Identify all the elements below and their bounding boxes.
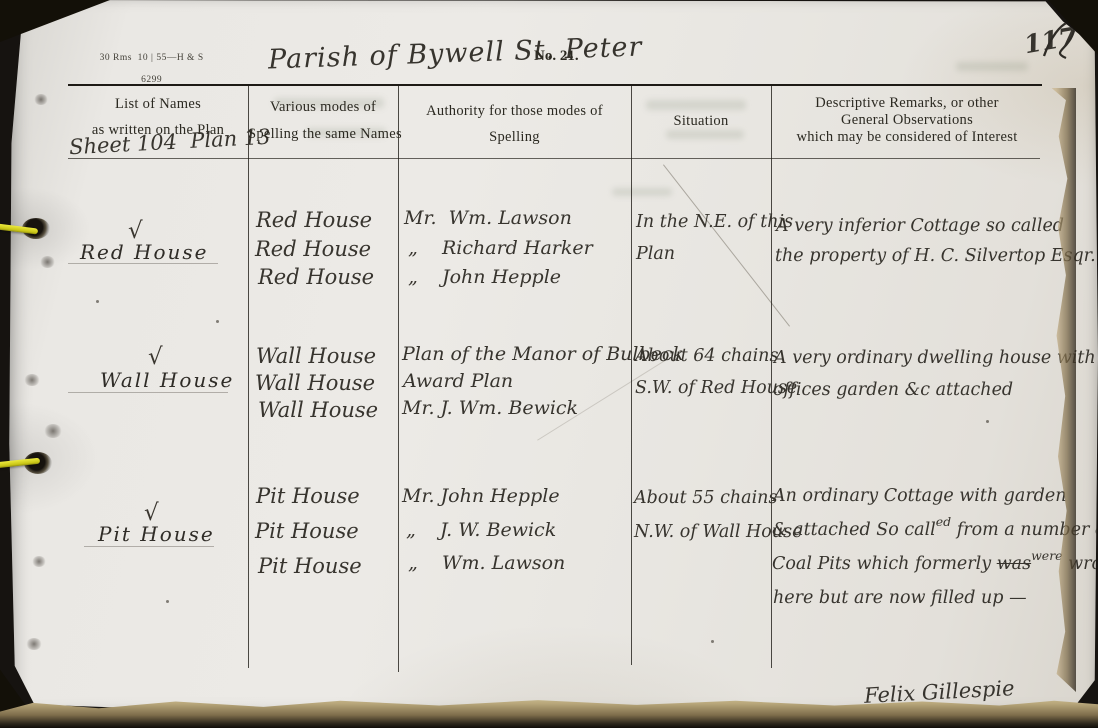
row1-name: Red House xyxy=(80,240,209,264)
row3-spelling-3: Pit House xyxy=(258,554,362,578)
form-reference-line1: 30 Rms 10 | 55—H & S xyxy=(100,53,204,63)
row2-spelling-1: Wall House xyxy=(256,344,376,368)
row2-name: Wall House xyxy=(100,368,234,392)
column-divider xyxy=(248,86,249,668)
row1-situation-2: Plan xyxy=(636,244,675,264)
paper-speck xyxy=(166,600,169,603)
header-remarks-1: Descriptive Remarks, or other xyxy=(771,95,1043,112)
row3-remarks-line3-pre: Coal Pits which formerly xyxy=(772,554,997,574)
header-list-of-names: List of Names xyxy=(68,96,248,113)
row3-authority-2: „ J. W. Bewick xyxy=(406,519,556,541)
sheet-number-label: No. 21. xyxy=(534,48,579,65)
row3-spelling-2: Pit House xyxy=(255,519,359,543)
header-spelling-modes: Various modes of xyxy=(248,99,398,116)
bleed-through-smudge xyxy=(646,100,746,110)
paper-dent xyxy=(26,638,42,650)
row3-spelling-1: Pit House xyxy=(256,484,360,508)
paper-dent xyxy=(44,424,62,438)
paper-dent xyxy=(40,256,55,268)
header-authority-sub: Spelling xyxy=(398,129,631,146)
paper-dent xyxy=(34,94,48,105)
header-situation: Situation xyxy=(631,113,771,130)
header-bottom-rule xyxy=(68,158,1040,159)
row1-spelling-2: Red House xyxy=(255,237,371,261)
table-top-rule xyxy=(68,84,1042,86)
row3-situation-1: About 55 chains xyxy=(634,488,777,508)
row1-remarks-1: A very inferior Cottage so called xyxy=(776,216,1064,236)
row2-checkmark: √ xyxy=(148,344,163,370)
bleed-through-smudge xyxy=(666,130,744,139)
row3-remarks-inserted-were: were xyxy=(1031,548,1062,563)
header-remarks-3: which may be considered of Interest xyxy=(771,129,1043,146)
row2-spelling-3: Wall House xyxy=(258,398,378,422)
paper-speck xyxy=(986,420,989,423)
row2-spelling-2: Wall House xyxy=(255,371,375,395)
bleed-through-smudge xyxy=(612,188,672,196)
row3-remarks-line3: Coal Pits which formerly waswere wrought xyxy=(772,554,1098,574)
paper-dent xyxy=(32,556,46,567)
row2-authority-3: Mr. J. Wm. Bewick xyxy=(402,397,578,419)
form-reference: 30 Rms 10 | 55—H & S 6299 xyxy=(78,42,208,97)
row3-authority-1: Mr. John Hepple xyxy=(402,485,560,507)
row3-authority-3: „ Wm. Lawson xyxy=(408,552,565,574)
row2-situation-1: About 64 chains xyxy=(635,346,778,366)
row3-remarks-line2-pre: & attached So call xyxy=(772,520,936,540)
row1-authority-3: „ John Hepple xyxy=(408,266,561,288)
row1-situation-1: In the N.E. of this xyxy=(636,212,793,232)
paper-speck xyxy=(96,300,99,303)
parish-title: Parish of Bywell St. Peter xyxy=(268,31,643,75)
row3-name: Pit House xyxy=(98,522,215,546)
row3-remarks-line1: An ordinary Cottage with garden xyxy=(773,486,1067,506)
header-remarks-2: General Observations xyxy=(771,112,1043,129)
paper-dent xyxy=(24,374,40,386)
row3-name-underline xyxy=(84,546,214,547)
row1-authority-1: Mr. Wm. Lawson xyxy=(404,207,572,229)
paper-speck xyxy=(711,640,714,643)
column-divider xyxy=(631,86,632,665)
paper-sheet: 30 Rms 10 | 55—H & S 6299 Parish of Bywe… xyxy=(6,0,1098,716)
row3-remarks-line4: here but are now filled up — xyxy=(773,588,1027,608)
column-divider xyxy=(398,86,399,672)
row2-authority-2: Award Plan xyxy=(403,370,513,392)
column-divider xyxy=(771,86,772,668)
paper-speck xyxy=(216,320,219,323)
row2-name-underline xyxy=(68,392,228,393)
row2-remarks-2: offices garden &c attached xyxy=(773,380,1013,400)
row1-spelling-3: Red House xyxy=(258,265,374,289)
row1-name-underline xyxy=(68,263,218,264)
row3-remarks-struck-was: was xyxy=(997,554,1031,574)
scanned-document-page: 30 Rms 10 | 55—H & S 6299 Parish of Bywe… xyxy=(0,0,1098,728)
row1-spelling-1: Red House xyxy=(256,208,372,232)
header-spelling-modes-sub: Spelling the same Names xyxy=(248,126,398,143)
row2-remarks-1: A very ordinary dwelling house with xyxy=(774,348,1096,368)
row3-remarks-line2: & attached So called from a number of xyxy=(772,520,1098,540)
row1-remarks-2: the property of H. C. Silvertop Esqr. xyxy=(775,246,1096,266)
row3-remarks-inserted-ed: ed xyxy=(936,514,951,529)
row1-authority-2: „ Richard Harker xyxy=(408,237,593,259)
header-authority: Authority for those modes of xyxy=(398,103,631,120)
bleed-through-smudge xyxy=(956,62,1028,71)
